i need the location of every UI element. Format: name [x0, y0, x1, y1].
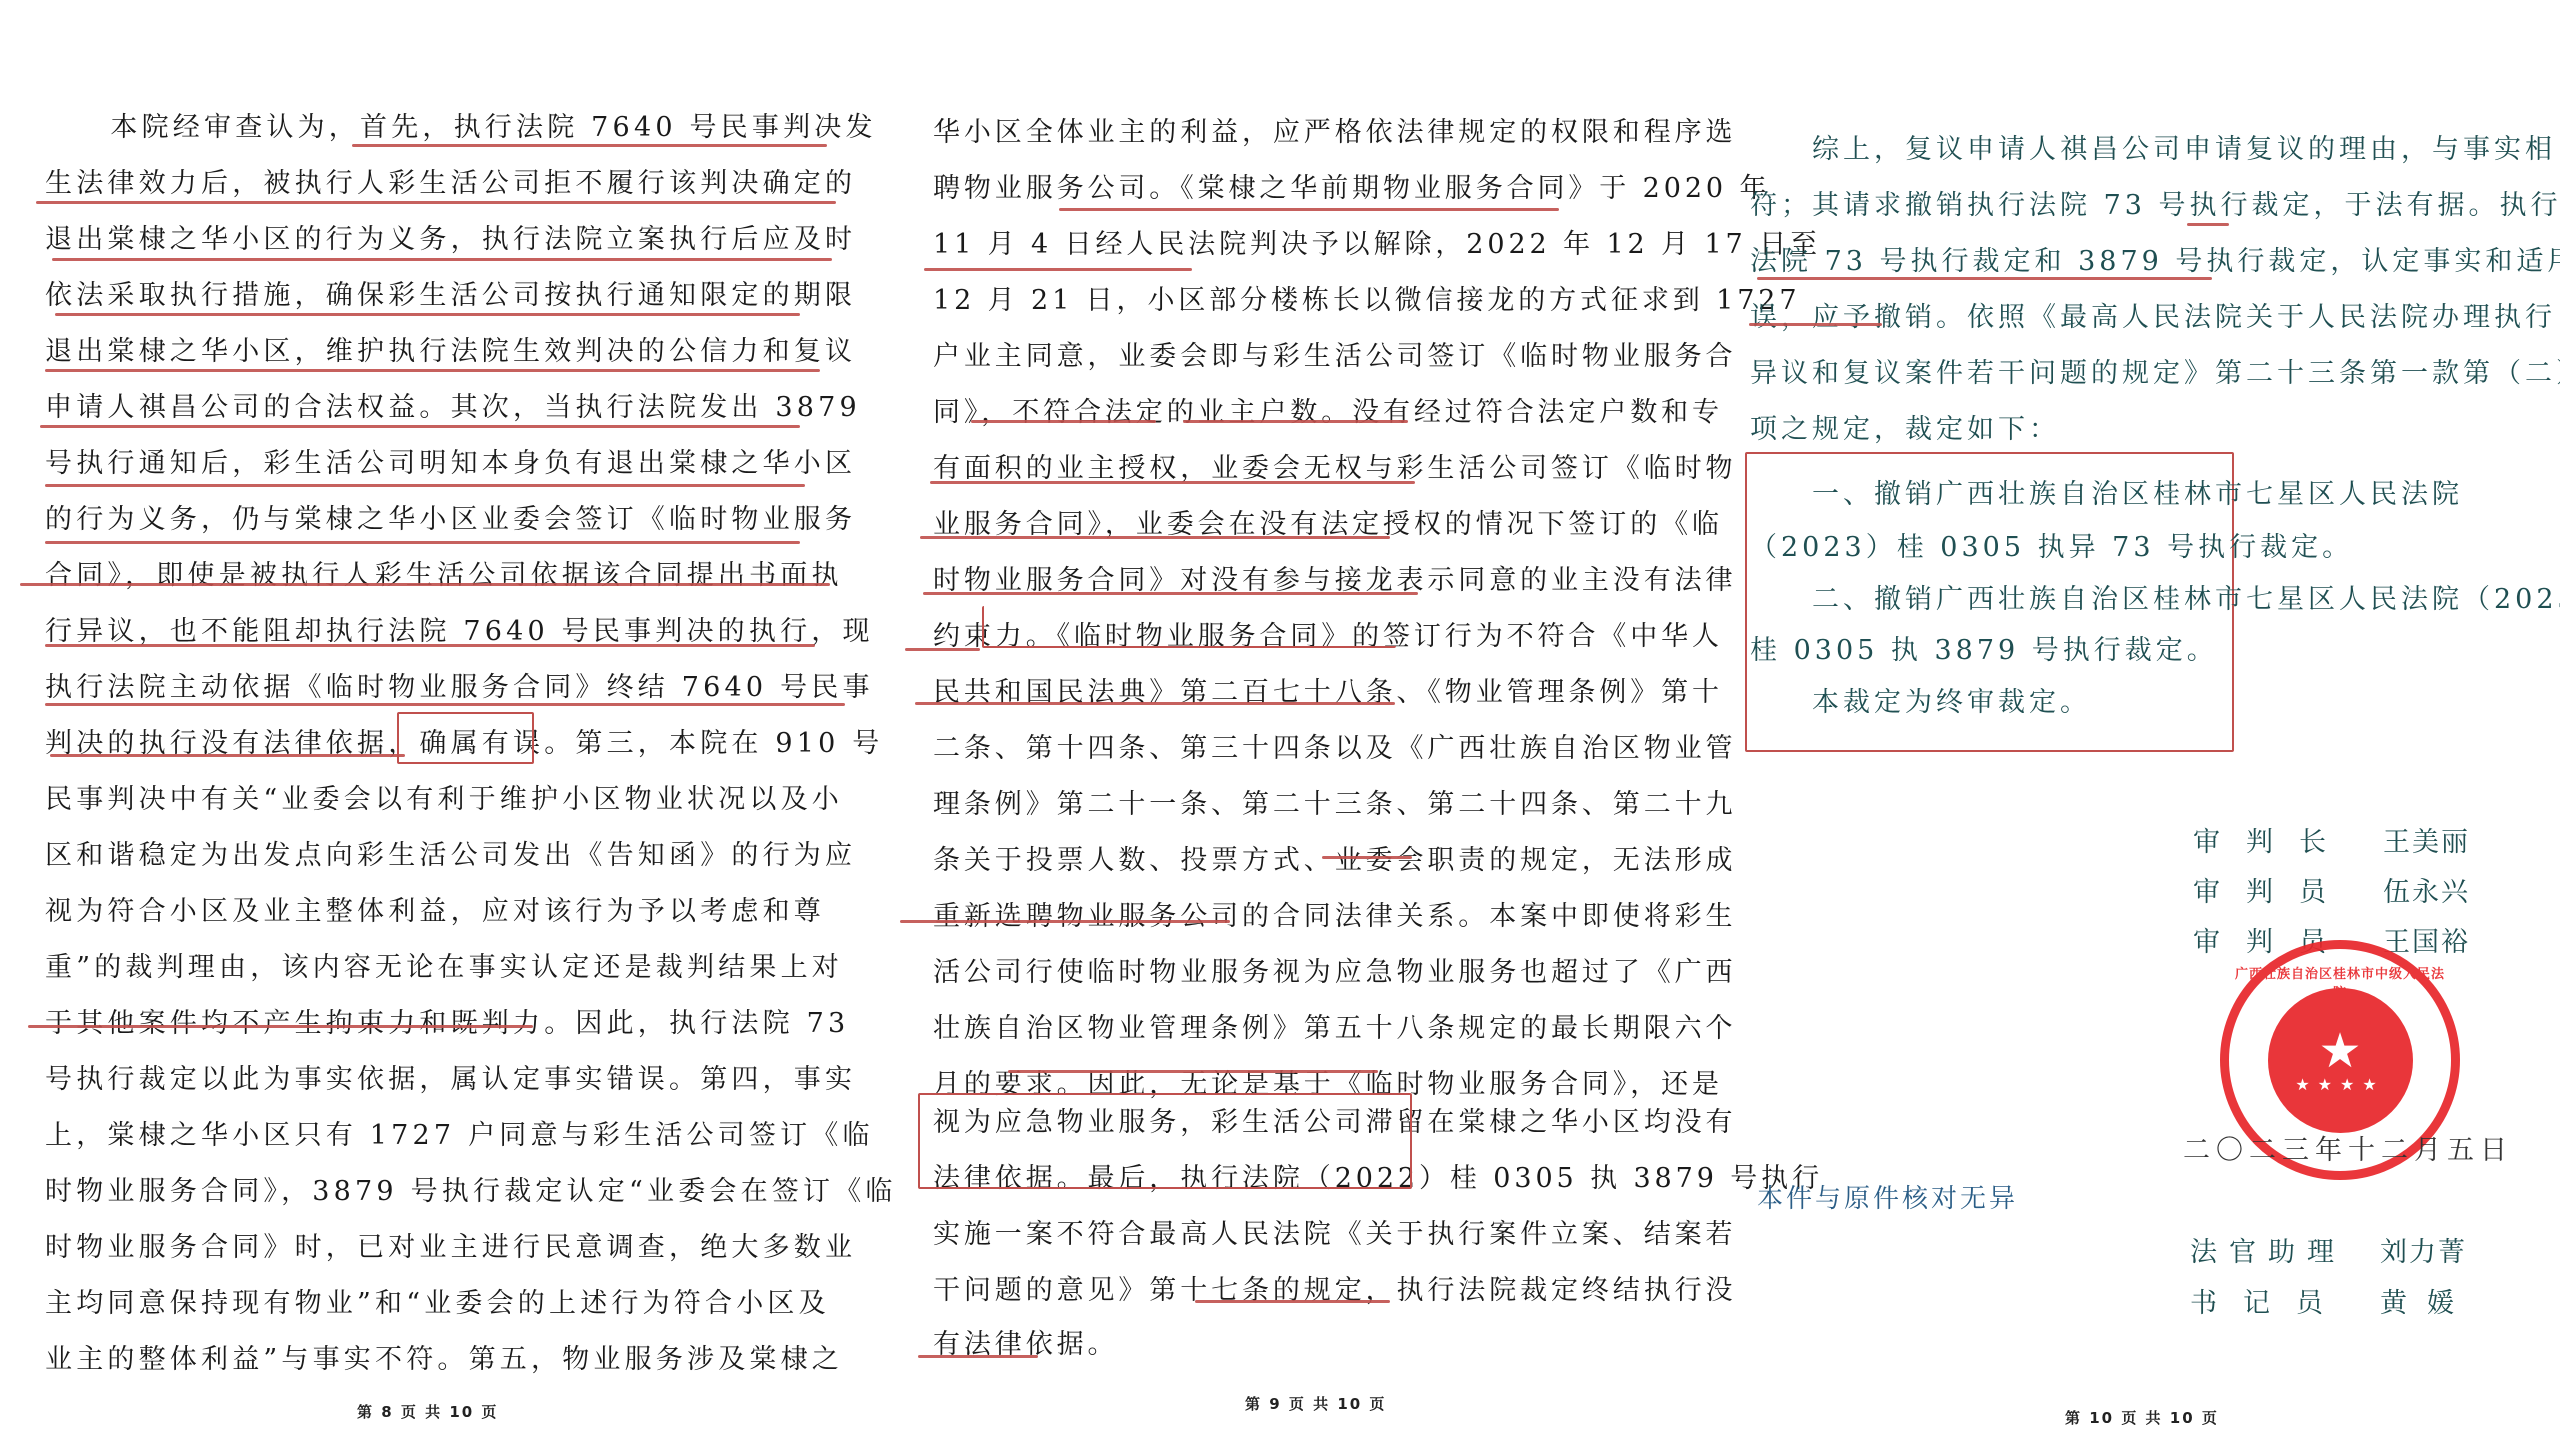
red-underline — [45, 369, 820, 372]
text-line: 实施一案不符合最高人民法院《关于执行案件立案、结案若 — [933, 1215, 1736, 1255]
red-underline — [45, 541, 800, 544]
document-page-10: 综上，复议申请人祺昌公司申请复议的理由，与事实相 符；其请求撤销执行法院 73 … — [1735, 0, 2560, 1440]
ruling-date: 二〇二三年十二月五日 — [2183, 1128, 2513, 1167]
red-underline — [36, 201, 836, 204]
red-underline — [55, 313, 800, 316]
red-underline — [900, 920, 1230, 923]
text-line: 的行为义务，仍与棠棣之华小区业委会签订《临时物业服务 — [45, 500, 856, 540]
text-line: 主均同意保持现有物业”和“业委会的上述行为符合小区及 — [45, 1284, 830, 1324]
text-line: 理条例》第二十一条、第二十三条、第二十四条、第二十九 — [933, 785, 1736, 825]
text-line: 执行法院主动依据《临时物业服务合同》终结 7640 号民事 — [45, 668, 874, 708]
text-line: 本院经审查认为，首先，执行法院 7640 号民事判决发 — [48, 108, 877, 148]
page-footer: 第 8 页 共 10 页 — [357, 1401, 498, 1422]
document-page-9: 华小区全体业主的利益，应严格依法律规定的权限和程序选 聘物业服务公司。《棠棣之华… — [890, 0, 1720, 1440]
text-line: 业服务合同》，业委会在没有法定授权的情况下签订的《临 — [933, 505, 1723, 545]
certified-copy-note: 本件与原件核对无异 — [1757, 1178, 2018, 1215]
red-underline — [45, 644, 815, 647]
text-line: 符；其请求撤销执行法院 73 号执行裁定，于法有据。执行 — [1750, 186, 2560, 226]
signature-presiding-judge: 审判长王美丽 — [2193, 820, 2470, 859]
text-line: 法院 73 号执行裁定和 3879 号执行裁定，认定事实和适用错 — [1750, 242, 2560, 282]
page-footer: 第 9 页 共 10 页 — [1245, 1393, 1386, 1414]
red-underline — [20, 583, 830, 586]
red-underline — [40, 425, 800, 428]
text-line: 时物业服务合同》，3879 号执行裁定认定“业委会在签订《临 — [45, 1172, 897, 1212]
document-page-8: 本院经审查认为，首先，执行法院 7640 号民事判决发 生法律效力后，被执行人彩… — [0, 0, 880, 1440]
ruling-line: 本裁定为终审裁定。 — [1750, 683, 2091, 723]
text-line: 华小区全体业主的利益，应严格依法律规定的权限和程序选 — [933, 113, 1736, 153]
text-line: 时物业服务合同》时，已对业主进行民意调查，绝大多数业 — [45, 1228, 856, 1268]
red-underline — [52, 258, 832, 261]
red-bracket-annotation — [982, 606, 1396, 648]
text-line: 误，应予撤销。依照《最高人民法院关于人民法院办理执行 — [1750, 298, 2556, 338]
ruling-line: 二、撤销广西壮族自治区桂林市七星区人民法院（2023） — [1750, 580, 2560, 620]
red-underline — [1195, 1300, 1390, 1303]
text-line: 活公司行使临时物业服务视为应急物业服务也超过了《广西 — [933, 953, 1736, 993]
page-footer: 第 10 页 共 10 页 — [2065, 1407, 2219, 1428]
text-line: 号执行裁定以此为事实依据，属认定事实错误。第四，事实 — [45, 1060, 856, 1100]
text-line: 退出棠棣之华小区，维护执行法院生效判决的公信力和复议 — [45, 332, 856, 372]
signature-judge: 审判员伍永兴 — [2193, 870, 2470, 909]
red-underline — [45, 484, 805, 487]
text-line: 综上，复议申请人祺昌公司申请复议的理由，与事实相 — [1750, 130, 2556, 170]
ruling-line: （2023）桂 0305 执异 73 号执行裁定。 — [1750, 528, 2353, 568]
red-underline — [1322, 856, 1412, 859]
text-line: 民事判决中有关“业委会以有利于维护小区物业状况以及小 — [45, 780, 843, 820]
text-line: 视为符合小区及业主整体利益，应对该行为予以考虑和尊 — [45, 892, 825, 932]
red-box-annotation — [397, 712, 534, 764]
text-line: 生法律效力后，被执行人彩生活公司拒不履行该判决确定的 — [45, 164, 856, 204]
text-line: 二条、第十四条、第三十四条以及《广西壮族自治区物业管 — [933, 729, 1736, 769]
red-underline — [1059, 208, 1559, 211]
text-line: 干问题的意见》第十七条的规定，执行法院裁定终结执行没 — [933, 1271, 1736, 1311]
red-underline — [920, 536, 1390, 539]
ruling-line: 一、撤销广西壮族自治区桂林市七星区人民法院 — [1750, 475, 2463, 515]
red-underline — [1008, 1070, 1378, 1073]
text-line: 依法采取执行措施，确保彩生活公司按执行通知限定的期限 — [45, 276, 856, 316]
red-underline — [923, 592, 1418, 595]
red-underline — [924, 268, 1192, 271]
ruling-line: 桂 0305 执 3879 号执行裁定。 — [1750, 631, 2218, 671]
text-line: 项之规定，裁定如下： — [1750, 410, 2060, 450]
red-underline — [918, 1355, 1038, 1358]
text-line: 条关于投票人数、投票方式、业委会职责的规定，无法形成 — [933, 841, 1736, 881]
red-underline — [352, 144, 827, 147]
red-underline — [28, 1025, 533, 1028]
national-emblem-icon: ★ ★★★★ — [2268, 988, 2413, 1133]
text-line: 上，棠棣之华小区只有 1727 户同意与彩生活公司签订《临 — [45, 1116, 874, 1156]
red-underline — [971, 420, 1156, 423]
red-underline — [1183, 420, 1408, 423]
text-line: 重新选聘物业服务公司的合同法律关系。本案中即使将彩生 — [933, 897, 1736, 937]
text-line: 合同》，即使是被执行人彩生活公司依据该合同提出书面执 — [45, 556, 843, 596]
text-line: 号执行通知后，彩生活公司明知本身负有退出棠棣之华小区 — [45, 444, 856, 484]
text-line: 聘物业服务公司。《棠棣之华前期物业服务合同》于 2020 年 — [933, 169, 1770, 209]
text-line: 申请人祺昌公司的合法权益。其次，当执行法院发出 3879 — [45, 388, 861, 428]
text-line: 11 月 4 日经人民法院判决予以解除，2022 年 12 月 17 日至 — [933, 225, 1821, 265]
red-underline — [915, 702, 1395, 705]
text-line: 有法律依据。 — [933, 1325, 1118, 1365]
text-line: 壮族自治区物业管理条例》第五十八条规定的最长期限六个 — [933, 1009, 1736, 1049]
red-underline — [1749, 323, 1882, 326]
signature-clerk: 书记员黄媛 — [2190, 1281, 2474, 1320]
text-line: 于其他案件均不产生拘束力和既判力。因此，执行法院 73 — [45, 1004, 849, 1044]
red-box-annotation — [918, 1093, 1412, 1189]
text-line: 时物业服务合同》对没有参与接龙表示同意的业主没有法律 — [933, 561, 1736, 601]
text-line: 区和谐稳定为出发点向彩生活公司发出《告知函》的行为应 — [45, 836, 856, 876]
red-underline — [930, 481, 1415, 484]
text-line: 12 月 21 日，小区部分楼栋长以微信接龙的方式征求到 1727 — [933, 281, 1800, 321]
red-underline — [905, 648, 980, 651]
text-line: 异议和复议案件若干问题的规定》第二十三条第一款第（二） — [1750, 354, 2560, 394]
text-line: 同》，不符合法定的业主户数。没有经过符合法定户数和专 — [933, 393, 1723, 433]
red-underline — [1757, 277, 2212, 280]
text-line: 民共和国民法典》第二百七十八条、《物业管理条例》第十 — [933, 673, 1723, 713]
text-line: 户业主同意，业委会即与彩生活公司签订《临时物业服务合 — [933, 337, 1736, 377]
red-underline — [2187, 223, 2229, 226]
text-line: 退出棠棣之华小区的行为义务，执行法院立案执行后应及时 — [45, 220, 856, 260]
text-line: 重”的裁判理由，该内容无论在事实认定还是裁判结果上对 — [45, 948, 843, 988]
signature-judge-assistant: 法官助理刘力菁 — [2190, 1230, 2467, 1269]
red-underline — [45, 703, 845, 706]
text-line: 业主的整体利益”与事实不符。第五，物业服务涉及棠棣之 — [45, 1340, 843, 1380]
red-underline — [50, 754, 405, 757]
